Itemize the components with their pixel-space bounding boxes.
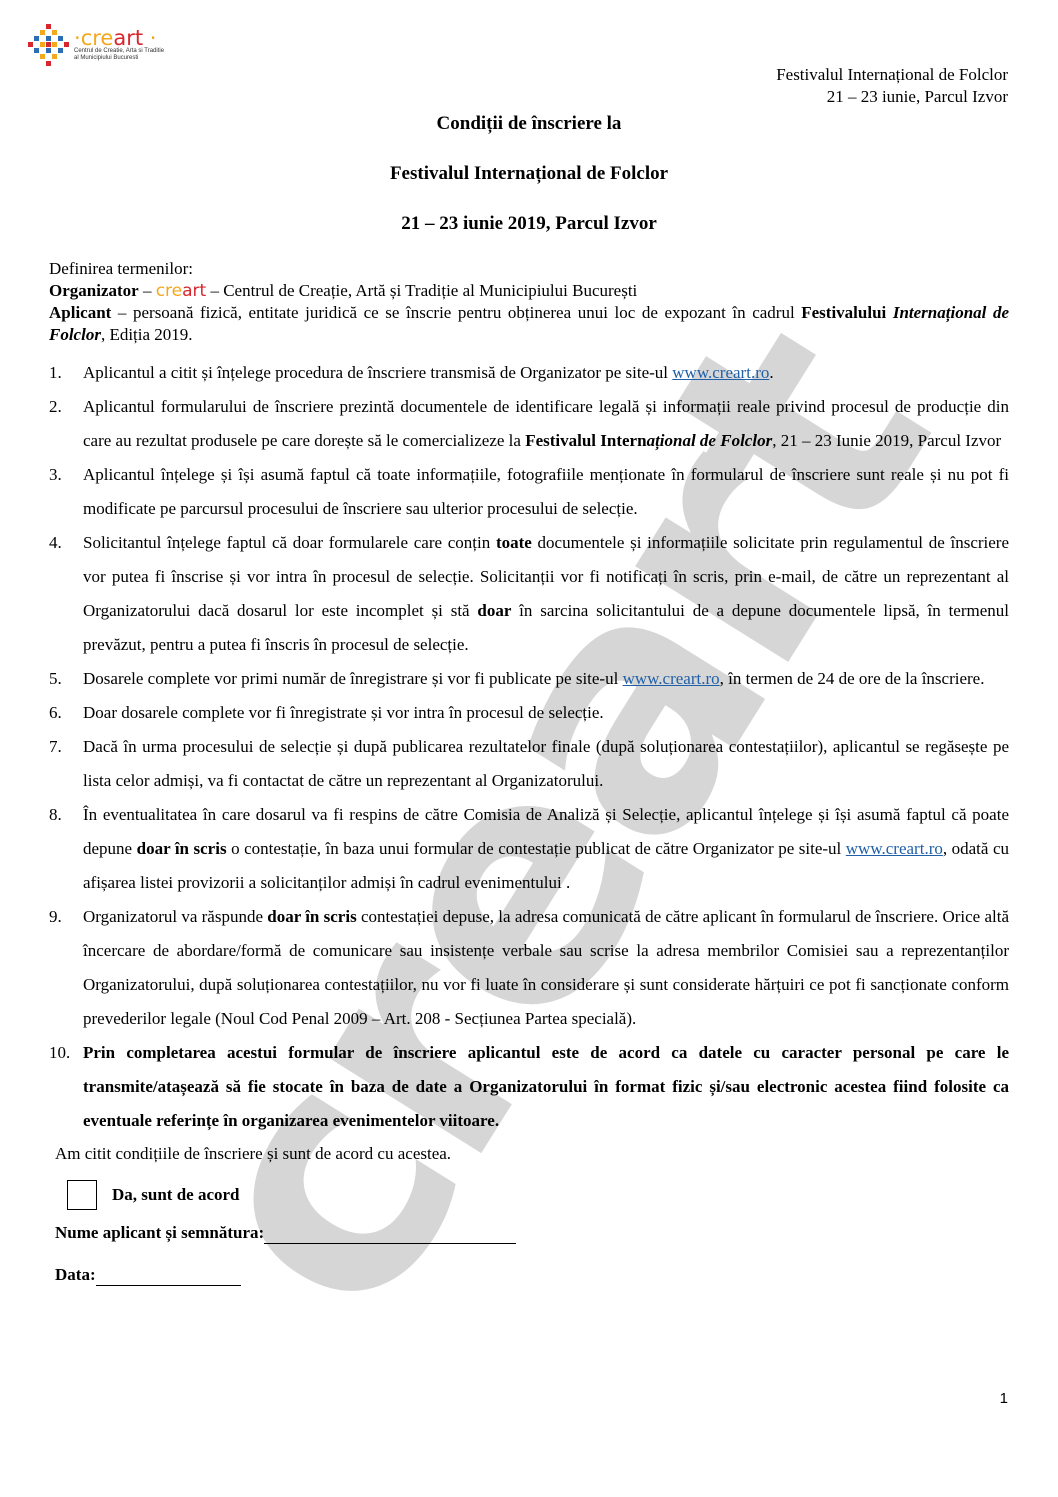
logo-word: ·creart · xyxy=(74,28,164,48)
title-line-3: 21 – 23 iunie 2019, Parcul Izvor xyxy=(0,213,1058,235)
definitions-heading: Definirea termenilor: xyxy=(49,258,1009,280)
document-body: Definirea termenilor: Organizator – crea… xyxy=(49,258,1009,1286)
header-line-1: Festivalul Internațional de Folclor xyxy=(776,64,1008,86)
creart-link[interactable]: www.creart.ro xyxy=(672,363,769,382)
logo-subtitle-1: Centrul de Creatie, Arta si Traditie xyxy=(74,48,164,55)
list-item: 7.Dacă în urma procesului de selecție și… xyxy=(49,730,1009,798)
list-item: 4.Solicitantul înțelege faptul că doar f… xyxy=(49,526,1009,662)
signature-field: Nume aplicant și semnătura: xyxy=(49,1222,1009,1244)
logo-subtitle-2: al Municipiului Bucuresti xyxy=(74,55,164,62)
agree-checkbox-row[interactable]: Da, sunt de acord xyxy=(49,1180,1009,1210)
list-item: 3.Aplicantul înțelege și își asumă faptu… xyxy=(49,458,1009,526)
title-line-2: Festivalul Internațional de Folclor xyxy=(0,163,1058,185)
creart-logo: ·creart · Centrul de Creatie, Arta si Tr… xyxy=(28,24,164,66)
date-field: Data: xyxy=(49,1264,1009,1286)
list-item: 9.Organizatorul va răspunde doar în scri… xyxy=(49,900,1009,1036)
creart-inline-logo: creart xyxy=(156,281,207,301)
list-item: 2.Aplicantul formularului de înscriere p… xyxy=(49,390,1009,458)
list-item: 1.Aplicantul a citit și înțelege procedu… xyxy=(49,356,1009,390)
signature-label: Nume aplicant și semnătura: xyxy=(55,1222,264,1244)
title-line-1: Condiții de înscriere la xyxy=(0,113,1058,135)
page-header: Festivalul Internațional de Folclor 21 –… xyxy=(776,64,1008,108)
list-item: 10.Prin completarea acestui formular de … xyxy=(49,1036,1009,1138)
page-number: 1 xyxy=(1000,1390,1008,1407)
list-item: 8.În eventualitatea în care dosarul va f… xyxy=(49,798,1009,900)
conditions-list: 1.Aplicantul a citit și înțelege procedu… xyxy=(49,356,1009,1138)
agreement-text: Am citit condițiile de înscriere și sunt… xyxy=(49,1138,1009,1170)
date-blank[interactable] xyxy=(96,1267,241,1286)
logo-mark-icon xyxy=(28,24,70,66)
signature-blank[interactable] xyxy=(264,1225,516,1244)
definition-applicant: Aplicant – persoană fizică, entitate jur… xyxy=(49,302,1009,346)
date-label: Data: xyxy=(55,1264,96,1286)
header-line-2: 21 – 23 iunie, Parcul Izvor xyxy=(776,86,1008,108)
definition-organizer: Organizator – creart – Centrul de Creați… xyxy=(49,280,1009,302)
list-item: 5.Dosarele complete vor primi număr de î… xyxy=(49,662,1009,696)
creart-link[interactable]: www.creart.ro xyxy=(623,669,720,688)
agree-checkbox-label: Da, sunt de acord xyxy=(112,1184,240,1206)
agree-checkbox[interactable] xyxy=(67,1180,97,1210)
creart-link[interactable]: www.creart.ro xyxy=(846,839,943,858)
list-item: 6.Doar dosarele complete vor fi înregist… xyxy=(49,696,1009,730)
